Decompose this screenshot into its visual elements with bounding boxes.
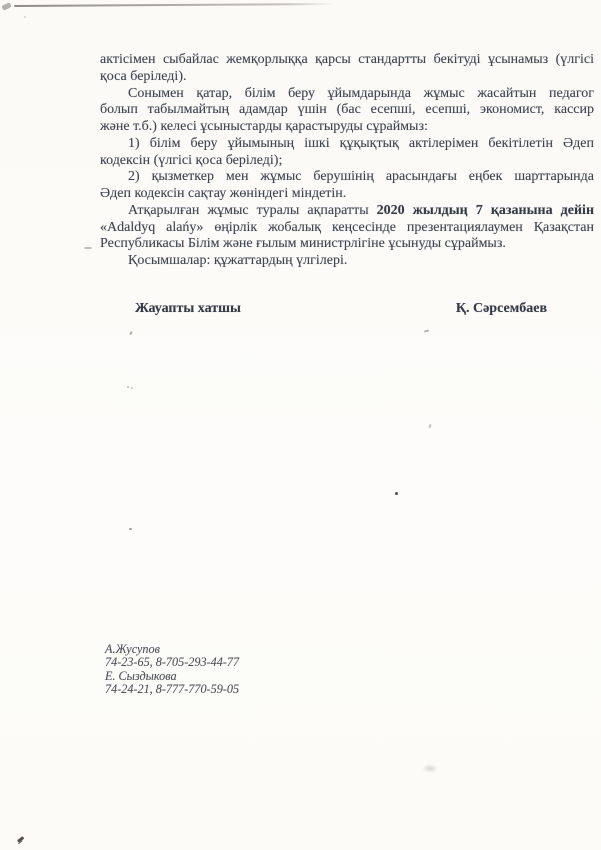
scan-artifact-speck (428, 424, 431, 428)
body-line-text: және т.б.) келесі ұсыныстарды қарастыруд… (100, 119, 428, 134)
contact-name: Е. Сыздыкова (105, 670, 239, 683)
body-line-text: кодексін (үлгісі қоса беріледі); (100, 153, 282, 168)
body-line-text: Қосымшалар: құжаттардың үлгілері. (128, 253, 347, 268)
contact-phone: 74-24-21, 8-777-770-59-05 (105, 683, 239, 696)
body-line-text: Сонымен қатар, білім беру ұйымдарында жұ… (128, 86, 594, 101)
signature-name: Қ. Сәрсембаев (456, 301, 547, 317)
scan-artifact-corner-mark (1, 2, 11, 10)
body-line: 2) қызметкер мен жұмыс берушінің арасынд… (100, 169, 594, 186)
body-line-text: Республикасы Білім және ғылым министрліг… (100, 236, 506, 251)
body-line: және т.б.) келесі ұсыныстарды қарастыруд… (100, 119, 594, 136)
contact-name: А.Жусупов (105, 643, 239, 656)
body-line: болып табылмайтың адамдар үшін (бас есеп… (100, 102, 594, 119)
body-line-text: Атқарылған жұмыс туралы ақпаратты (128, 203, 377, 218)
contact-phone: 74-23-65, 8-705-293-44-77 (105, 656, 239, 669)
body-line-text: қоса беріледі). (100, 69, 186, 84)
scan-artifact-speck (17, 836, 24, 842)
body-line: Республикасы Білім және ғылым министрліг… (100, 236, 594, 253)
body-line: Атқарылған жұмыс туралы ақпаратты 2020 ж… (100, 203, 594, 220)
body-line-text: 1) білім беру ұйымының ішкі құқықтық акт… (128, 136, 594, 151)
body-line-text: 2) қызметкер мен жұмыс берушінің арасынд… (128, 169, 594, 184)
signature-role: Жауапты хатшы (100, 301, 241, 317)
body-line: Қосымшалар: құжаттардың үлгілері. (100, 253, 594, 270)
body-line: Сонымен қатар, білім беру ұйымдарында жұ… (100, 86, 594, 103)
scan-artifact-speck (129, 528, 132, 530)
scan-artifact-dash (84, 247, 92, 249)
contact-block: А.Жусупов 74-23-65, 8-705-293-44-77 Е. С… (105, 643, 239, 697)
scan-artifact-speck (424, 329, 429, 332)
body-line-text: актісімен сыбайлас жемқорлыққа қарсы ста… (100, 52, 594, 67)
scan-artifact-smudge (422, 764, 438, 773)
body-line: кодексін (үлгісі қоса беріледі); (100, 153, 594, 170)
body-line-text: «Adaldyq alańy» өңірлік жобалық кеңсесін… (100, 220, 594, 235)
body-line: актісімен сыбайлас жемқорлыққа қарсы ста… (100, 52, 594, 69)
scan-artifact-speck (129, 331, 132, 335)
body-line: 1) білім беру ұйымының ішкі құқықтық акт… (100, 136, 594, 153)
body-line-bold-date: 2020 жылдың 7 қазанына дейін (377, 203, 594, 218)
document-body: актісімен сыбайлас жемқорлыққа қарсы ста… (100, 52, 594, 270)
body-line-text: болып табылмайтың адамдар үшін (бас есеп… (100, 102, 594, 117)
scanned-document-page: актісімен сыбайлас жемқорлыққа қарсы ста… (0, 0, 601, 850)
body-line: қоса беріледі). (100, 69, 594, 86)
scan-artifact-top-line (14, 3, 334, 7)
scan-artifact-dot (24, 16, 26, 18)
body-line-text: Әдеп кодексін сақтау жөніндегі міндетін. (100, 186, 346, 201)
signature-row: Жауапты хатшы Қ. Сәрсембаев (100, 301, 547, 317)
body-line: «Adaldyq alańy» өңірлік жобалық кеңсесін… (100, 220, 594, 237)
scan-artifact-speck (395, 492, 398, 495)
scan-artifact-speck (127, 386, 129, 388)
body-line: Әдеп кодексін сақтау жөніндегі міндетін. (100, 186, 594, 203)
